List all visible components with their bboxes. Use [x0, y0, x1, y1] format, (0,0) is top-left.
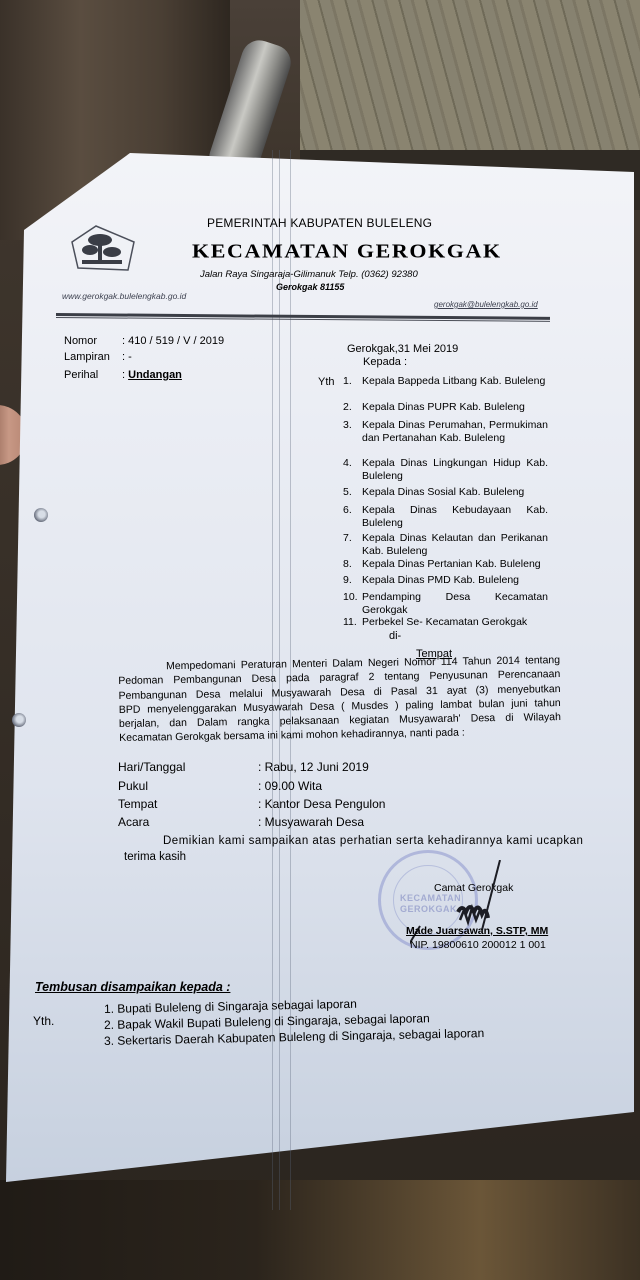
closing-line: Demikian kami sampaikan atas perhatian s… — [163, 835, 583, 847]
letterhead-address: Jalan Raya Singaraja-Gilimanuk Telp. (03… — [200, 269, 418, 280]
recipient-item: 10.Pendamping Desa Kecamatan Gerokgak — [343, 591, 548, 616]
letterhead-email: gerokgak@bulelengkab.go.id — [434, 300, 538, 309]
punch-hole — [34, 508, 48, 522]
punch-hole — [12, 713, 26, 727]
signatory-nip: NIP. 19800610 200012 1 001 — [410, 939, 546, 951]
lampiran-label: Lampiran — [64, 351, 122, 363]
perihal-label: Perihal — [64, 369, 122, 381]
yth-label: Yth — [318, 376, 335, 388]
schedule-row: Hari/Tanggal: Rabu, 12 Juni 2019 — [118, 760, 369, 774]
perihal-value: Undangan — [128, 369, 182, 381]
place-date: Gerokgak,31 Mei 2019 — [347, 343, 458, 355]
recipient-item: 5.Kepala Dinas Sosial Kab. Buleleng — [343, 486, 548, 499]
recipient-item: 6.Kepala Dinas Kebudayaan Kab. Buleleng — [343, 504, 548, 529]
schedule-row: Acara: Musyawarah Desa — [118, 815, 364, 829]
letterhead-website: www.gerokgak.bulelengkab.go.id — [62, 291, 186, 301]
recipient-item: 7.Kepala Dinas Kelautan dan Perikanan Ka… — [343, 532, 548, 557]
recipient-item: 1.Kepala Bappeda Litbang Kab. Buleleng — [343, 375, 548, 388]
car-floor — [0, 1180, 640, 1280]
letterhead-office: KECAMATAN GEROKGAK — [192, 239, 502, 262]
schedule-row: Tempat: Kantor Desa Pengulon — [118, 797, 385, 811]
meta-lampiran: Lampiran: - — [64, 351, 132, 363]
recipient-item: 9.Kepala Dinas PMD Kab. Buleleng — [343, 574, 548, 587]
lampiran-value: : - — [122, 351, 132, 363]
nomor-label: Nomor — [64, 335, 122, 347]
nomor-value: : 410 / 519 / V / 2019 — [122, 335, 224, 347]
recipient-item: 3.Kepala Dinas Perumahan, Permukiman dan… — [343, 419, 548, 444]
signatory-name: Made Juarsawan, S.STP, MM — [406, 925, 548, 937]
letterhead-government: PEMERINTAH KABUPATEN BULELENG — [207, 216, 432, 230]
meta-nomor: Nomor: 410 / 519 / V / 2019 — [64, 335, 224, 347]
recipient-item: 8.Kepala Dinas Pertanian Kab. Buleleng — [343, 558, 548, 571]
copies-heading: Tembusan disampaikan kepada : — [35, 980, 230, 994]
recipient-item: 4.Kepala Dinas Lingkungan Hidup Kab. Bul… — [343, 457, 548, 482]
schedule-row: Pukul: 09.00 Wita — [118, 779, 322, 793]
copies-yth: Yth. — [33, 1014, 54, 1028]
di-label: di- — [389, 630, 401, 642]
letterhead-postcode: Gerokgak 81155 — [276, 282, 344, 292]
body-paragraph: Mempedomani Peraturan Menteri Dalam Nege… — [118, 653, 561, 746]
meta-perihal: Perihal: Undangan — [64, 369, 182, 381]
kepada-label: Kepada : — [363, 356, 407, 368]
recipient-item: 2.Kepala Dinas PUPR Kab. Buleleng — [343, 401, 548, 414]
regency-emblem-icon — [68, 224, 138, 274]
closing-line: terima kasih — [124, 851, 186, 863]
recipient-item: 11.Perbekel Se- Kecamatan Gerokgak — [343, 616, 548, 629]
perihal-sep: : — [122, 369, 125, 381]
